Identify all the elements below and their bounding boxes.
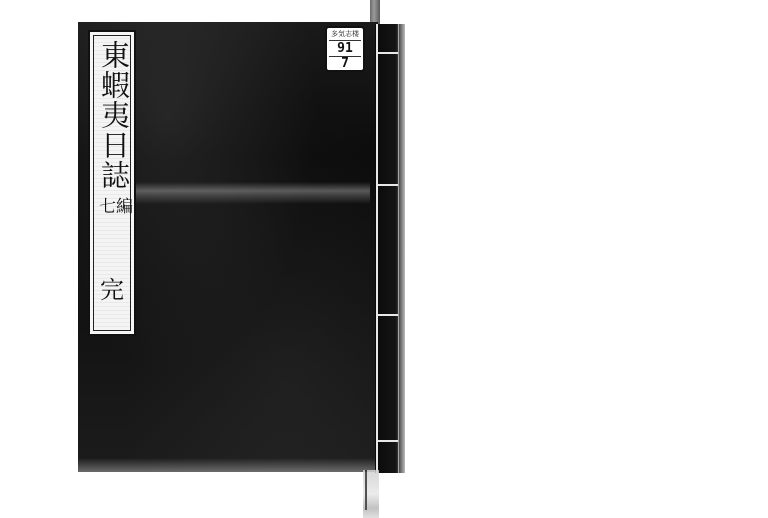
call-class-number: 91	[329, 41, 361, 57]
binding-stitch	[376, 184, 398, 186]
binding-tape-bottom	[363, 470, 379, 518]
book-title: 東蝦夷日誌	[90, 40, 134, 190]
completion-mark: 完	[90, 270, 134, 305]
scanned-page: 東蝦夷日誌 七編 完 多気志楼 91 7	[0, 0, 768, 518]
title-slip: 東蝦夷日誌 七編 完	[88, 30, 136, 336]
call-label-header: 多気志楼	[329, 29, 361, 41]
call-volume-number: 7	[329, 57, 361, 70]
volume-label: 七編	[99, 192, 133, 217]
binding-line-secondary	[398, 24, 399, 473]
binding-stitch	[376, 440, 398, 442]
binding-stitch	[376, 314, 398, 316]
book-spine	[375, 24, 405, 473]
light-streak	[134, 182, 370, 204]
binding-stitch	[376, 52, 398, 54]
call-number-label: 多気志楼 91 7	[325, 26, 365, 72]
binding-line	[376, 24, 378, 473]
